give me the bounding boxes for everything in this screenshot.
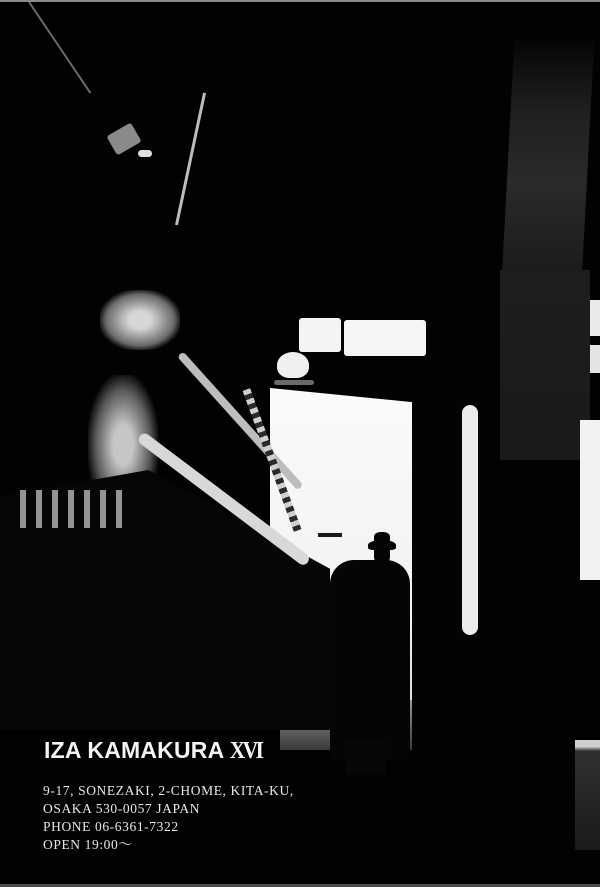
light-slit xyxy=(590,345,600,373)
side-light xyxy=(462,405,478,635)
address-line-2: OSAKA 530-0057 JAPAN xyxy=(43,800,294,818)
venue-name: IZA KAMAKURA xyxy=(44,737,224,763)
poster: IZA KAMAKURAXVI 9-17, SONEZAKI, 2-CHOME,… xyxy=(0,0,600,887)
venue-title: IZA KAMAKURAXVI xyxy=(44,737,263,764)
venue-numeral: XVI xyxy=(230,738,262,764)
top-border xyxy=(0,0,600,2)
phone-line: PHONE 06-6361-7322 xyxy=(43,818,294,836)
pantograph-pole xyxy=(175,93,206,226)
lamp-rim xyxy=(274,380,314,385)
man-silhouette xyxy=(330,560,410,760)
insulator-tip xyxy=(138,150,152,157)
door-handle xyxy=(318,533,342,537)
lamp xyxy=(277,352,309,378)
train-railing xyxy=(20,490,130,528)
venue-info: 9-17, SONEZAKI, 2-CHOME, KITA-KU, OSAKA … xyxy=(43,782,294,854)
side-light xyxy=(580,420,600,580)
concrete-pillar xyxy=(502,40,595,280)
man-legs xyxy=(345,740,385,775)
hat-brim xyxy=(368,540,396,550)
transom-window xyxy=(299,318,341,352)
train-highlight xyxy=(100,290,180,350)
address-line-1: 9-17, SONEZAKI, 2-CHOME, KITA-KU, xyxy=(43,782,294,800)
insulator xyxy=(106,122,141,155)
light-slit xyxy=(590,300,600,336)
opening-hours: OPEN 19:00〜 xyxy=(43,836,294,854)
door-post xyxy=(412,400,464,750)
transom-window xyxy=(344,320,426,356)
overhead-wire xyxy=(28,1,91,93)
floor-reflection xyxy=(575,740,600,850)
